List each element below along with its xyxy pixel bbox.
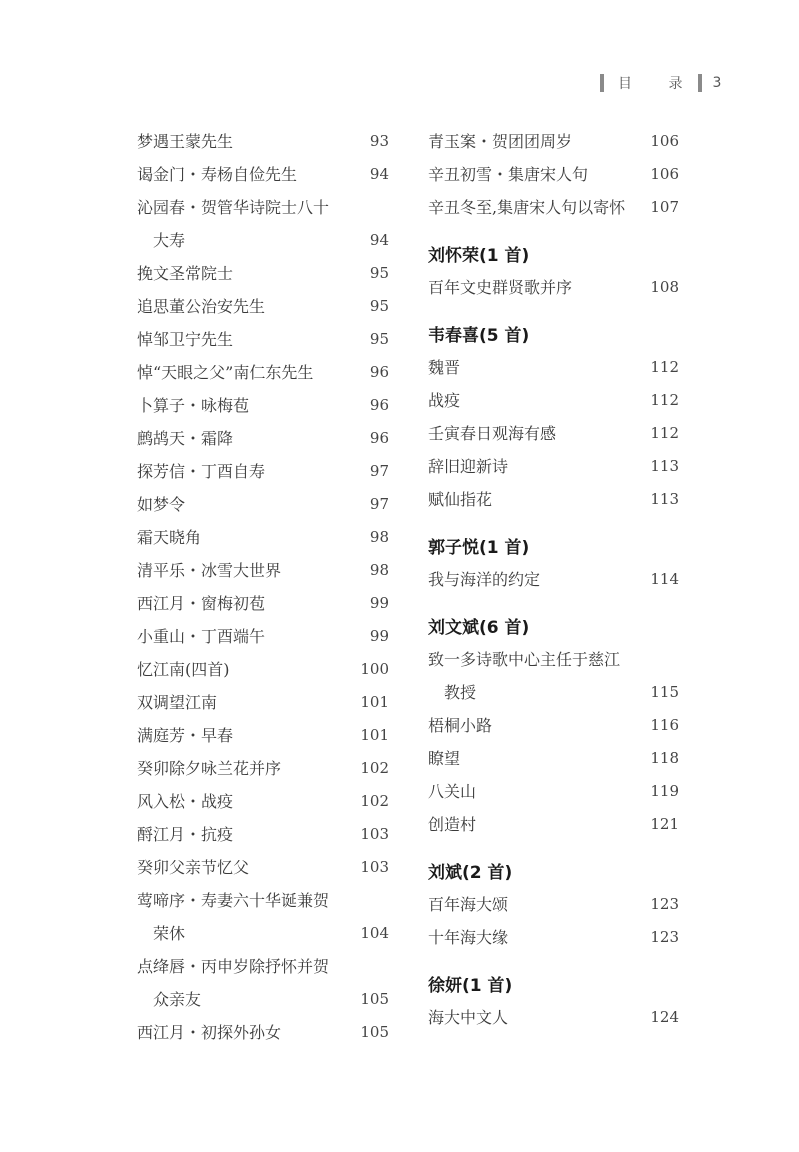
toc-entry[interactable]: 莺啼序・寿妻六十华诞兼贺000 bbox=[137, 883, 389, 916]
toc-entry-title: 点绛唇・丙申岁除抒怀并贺 bbox=[137, 954, 329, 977]
author-heading: 刘斌(2 首) bbox=[428, 854, 679, 887]
toc-entry-page: 96 bbox=[370, 396, 389, 414]
toc-entry-title: 辞旧迎新诗 bbox=[428, 454, 508, 477]
toc-entry-page: 119 bbox=[650, 782, 679, 800]
toc-left-column: 梦遇王蒙先生93谒金门・寿杨自俭先生94沁园春・贺管华诗院士八十000大寿94挽… bbox=[137, 124, 389, 1048]
toc-entry-page: 106 bbox=[650, 132, 679, 150]
toc-entry[interactable]: 沁园春・贺管华诗院士八十000 bbox=[137, 190, 389, 223]
toc-entry-page: 103 bbox=[360, 858, 389, 876]
toc-entry-title: 荣休 bbox=[153, 921, 185, 944]
toc-entry[interactable]: 点绛唇・丙申岁除抒怀并贺000 bbox=[137, 949, 389, 982]
toc-entry-page: 97 bbox=[370, 495, 389, 513]
toc-entry-title: 莺啼序・寿妻六十华诞兼贺 bbox=[137, 888, 329, 911]
toc-entry-page: 98 bbox=[370, 561, 389, 579]
toc-entry-title: 西江月・初探外孙女 bbox=[137, 1020, 281, 1043]
toc-entry-page: 107 bbox=[650, 198, 679, 216]
toc-entry-page: 104 bbox=[360, 924, 389, 942]
toc-entry-page: 124 bbox=[650, 1008, 679, 1026]
toc-entry-page: 98 bbox=[370, 528, 389, 546]
author-heading: 刘怀荣(1 首) bbox=[428, 237, 679, 270]
toc-entry-title: 辛丑初雪・集唐宋人句 bbox=[428, 162, 588, 185]
toc-entry-title: 悼“天眼之父”南仁东先生 bbox=[137, 360, 313, 383]
toc-entry-title: 魏晋 bbox=[428, 355, 460, 378]
toc-entry-page: 121 bbox=[650, 815, 679, 833]
toc-entry-title: 百年文史群贤歌并序 bbox=[428, 275, 572, 298]
toc-entry[interactable]: 谒金门・寿杨自俭先生94 bbox=[137, 157, 389, 190]
toc-entry-page: 99 bbox=[370, 594, 389, 612]
toc-entry-title: 青玉案・贺团团周岁 bbox=[428, 129, 572, 152]
toc-entry-title: 如梦令 bbox=[137, 492, 185, 515]
toc-entry-page: 106 bbox=[650, 165, 679, 183]
toc-entry-title: 癸卯父亲节忆父 bbox=[137, 855, 249, 878]
toc-entry[interactable]: 辞旧迎新诗113 bbox=[428, 449, 679, 482]
toc-right-column: 青玉案・贺团团周岁106辛丑初雪・集唐宋人句106辛丑冬至,集唐宋人句以寄怀10… bbox=[428, 124, 679, 1033]
toc-entry-page: 96 bbox=[370, 429, 389, 447]
toc-entry-title: 癸卯除夕咏兰花并序 bbox=[137, 756, 281, 779]
toc-entry-title: 酹江月・抗疫 bbox=[137, 822, 233, 845]
toc-entry[interactable]: 探芳信・丁酉自寿97 bbox=[137, 454, 389, 487]
toc-entry-page: 95 bbox=[370, 330, 389, 348]
toc-entry-title: 百年海大颂 bbox=[428, 892, 508, 915]
toc-entry-title: 辛丑冬至,集唐宋人句以寄怀 bbox=[428, 195, 625, 218]
toc-entry-page: 97 bbox=[370, 462, 389, 480]
author-heading: 韦春喜(5 首) bbox=[428, 317, 679, 350]
toc-entry-page: 95 bbox=[370, 297, 389, 315]
toc-entry-page: 118 bbox=[650, 749, 679, 767]
toc-entry-page: 123 bbox=[650, 928, 679, 946]
toc-entry-title: 瞭望 bbox=[428, 746, 460, 769]
toc-entry-title: 沁园春・贺管华诗院士八十 bbox=[137, 195, 329, 218]
toc-entry-title: 挽文圣常院士 bbox=[137, 261, 233, 284]
toc-entry-title: 清平乐・冰雪大世界 bbox=[137, 558, 281, 581]
toc-entry[interactable]: 八关山119 bbox=[428, 774, 679, 807]
toc-entry-page: 123 bbox=[650, 895, 679, 913]
toc-entry[interactable]: 荣休104 bbox=[137, 916, 389, 949]
toc-entry-title: 双调望江南 bbox=[137, 690, 217, 713]
toc-entry-page: 112 bbox=[650, 358, 679, 376]
toc-entry-title: 谒金门・寿杨自俭先生 bbox=[137, 162, 297, 185]
author-heading: 郭子悦(1 首) bbox=[428, 529, 679, 562]
toc-entry-title: 西江月・窗梅初苞 bbox=[137, 591, 265, 614]
toc-entry[interactable]: 酹江月・抗疫103 bbox=[137, 817, 389, 850]
toc-entry-page: 113 bbox=[650, 457, 679, 475]
page-number: 3 bbox=[712, 75, 721, 91]
divider-bar-right bbox=[698, 74, 702, 92]
divider-bar-left bbox=[600, 74, 604, 92]
toc-entry[interactable]: 瞭望118 bbox=[428, 741, 679, 774]
toc-entry[interactable]: 卜算子・咏梅苞96 bbox=[137, 388, 389, 421]
toc-entry-title: 探芳信・丁酉自寿 bbox=[137, 459, 265, 482]
toc-entry[interactable]: 百年文史群贤歌并序108 bbox=[428, 270, 679, 303]
toc-entry-page: 94 bbox=[370, 165, 389, 183]
toc-entry[interactable]: 悼邹卫宁先生95 bbox=[137, 322, 389, 355]
toc-entry-page: 99 bbox=[370, 627, 389, 645]
toc-entry[interactable]: 满庭芳・早春101 bbox=[137, 718, 389, 751]
toc-entry[interactable]: 致一多诗歌中心主任于慈江000 bbox=[428, 642, 679, 675]
toc-entry-title: 八关山 bbox=[428, 779, 476, 802]
toc-entry[interactable]: 辛丑冬至,集唐宋人句以寄怀107 bbox=[428, 190, 679, 223]
toc-entry-title: 教授 bbox=[444, 680, 476, 703]
toc-entry-title: 风入松・战疫 bbox=[137, 789, 233, 812]
toc-entry[interactable]: 霜天晓角98 bbox=[137, 520, 389, 553]
toc-entry-title: 战疫 bbox=[428, 388, 460, 411]
toc-entry-page: 112 bbox=[650, 391, 679, 409]
toc-entry[interactable]: 小重山・丁酉端午99 bbox=[137, 619, 389, 652]
toc-entry[interactable]: 双调望江南101 bbox=[137, 685, 389, 718]
toc-entry-page: 112 bbox=[650, 424, 679, 442]
toc-entry[interactable]: 如梦令97 bbox=[137, 487, 389, 520]
toc-entry-page: 96 bbox=[370, 363, 389, 381]
running-head: 目 录 3 bbox=[600, 72, 721, 94]
toc-entry-page: 95 bbox=[370, 264, 389, 282]
toc-entry-title: 大寿 bbox=[153, 228, 185, 251]
toc-entry[interactable]: 百年海大颂123 bbox=[428, 887, 679, 920]
toc-entry-page: 105 bbox=[360, 990, 389, 1008]
toc-entry-title: 梦遇王蒙先生 bbox=[137, 129, 233, 152]
toc-entry[interactable]: 教授115 bbox=[428, 675, 679, 708]
toc-entry[interactable]: 西江月・窗梅初苞99 bbox=[137, 586, 389, 619]
toc-entry-title: 我与海洋的约定 bbox=[428, 567, 540, 590]
toc-entry[interactable]: 众亲友105 bbox=[137, 982, 389, 1015]
toc-entry-page: 114 bbox=[650, 570, 679, 588]
toc-entry[interactable]: 癸卯父亲节忆父103 bbox=[137, 850, 389, 883]
toc-entry[interactable]: 大寿94 bbox=[137, 223, 389, 256]
toc-entry[interactable]: 梦遇王蒙先生93 bbox=[137, 124, 389, 157]
toc-entry-title: 追思董公治安先生 bbox=[137, 294, 265, 317]
toc-entry[interactable]: 忆江南(四首)100 bbox=[137, 652, 389, 685]
toc-entry[interactable]: 悼“天眼之父”南仁东先生96 bbox=[137, 355, 389, 388]
toc-entry-page: 115 bbox=[650, 683, 679, 701]
toc-entry[interactable]: 我与海洋的约定114 bbox=[428, 562, 679, 595]
toc-entry[interactable]: 挽文圣常院士95 bbox=[137, 256, 389, 289]
toc-entry-title: 霜天晓角 bbox=[137, 525, 201, 548]
toc-entry-page: 94 bbox=[370, 231, 389, 249]
toc-entry-title: 卜算子・咏梅苞 bbox=[137, 393, 249, 416]
toc-entry[interactable]: 十年海大缘123 bbox=[428, 920, 679, 953]
toc-entry[interactable]: 清平乐・冰雪大世界98 bbox=[137, 553, 389, 586]
toc-entry-page: 102 bbox=[360, 759, 389, 777]
toc-entry-title: 赋仙指花 bbox=[428, 487, 492, 510]
toc-entry-title: 海大中文人 bbox=[428, 1005, 508, 1028]
toc-entry[interactable]: 青玉案・贺团团周岁106 bbox=[428, 124, 679, 157]
toc-entry-page: 116 bbox=[650, 716, 679, 734]
toc-entry-page: 102 bbox=[360, 792, 389, 810]
toc-entry-title: 忆江南(四首) bbox=[137, 657, 230, 680]
toc-entry-page: 113 bbox=[650, 490, 679, 508]
toc-entry-title: 小重山・丁酉端午 bbox=[137, 624, 265, 647]
author-heading: 刘文斌(6 首) bbox=[428, 609, 679, 642]
toc-entry-title: 壬寅春日观海有感 bbox=[428, 421, 556, 444]
toc-entry[interactable]: 鹧鸪天・霜降96 bbox=[137, 421, 389, 454]
toc-entry-page: 103 bbox=[360, 825, 389, 843]
toc-entry-title: 鹧鸪天・霜降 bbox=[137, 426, 233, 449]
toc-entry[interactable]: 壬寅春日观海有感112 bbox=[428, 416, 679, 449]
toc-entry[interactable]: 西江月・初探外孙女105 bbox=[137, 1015, 389, 1048]
toc-entry-page: 108 bbox=[650, 278, 679, 296]
toc-entry-page: 101 bbox=[360, 693, 389, 711]
toc-entry[interactable]: 追思董公治安先生95 bbox=[137, 289, 389, 322]
author-heading: 徐妍(1 首) bbox=[428, 967, 679, 1000]
toc-entry-title: 十年海大缘 bbox=[428, 925, 508, 948]
section-title: 目 录 bbox=[618, 73, 698, 93]
toc-entry-title: 众亲友 bbox=[153, 987, 201, 1010]
toc-entry-title: 致一多诗歌中心主任于慈江 bbox=[428, 647, 620, 670]
toc-entry[interactable]: 海大中文人124 bbox=[428, 1000, 679, 1033]
toc-entry[interactable]: 战疫112 bbox=[428, 383, 679, 416]
toc-entry[interactable]: 风入松・战疫102 bbox=[137, 784, 389, 817]
toc-entry-page: 93 bbox=[370, 132, 389, 150]
toc-entry[interactable]: 赋仙指花113 bbox=[428, 482, 679, 515]
toc-entry-title: 满庭芳・早春 bbox=[137, 723, 233, 746]
toc-entry-title: 梧桐小路 bbox=[428, 713, 492, 736]
toc-entry[interactable]: 创造村121 bbox=[428, 807, 679, 840]
toc-entry-title: 悼邹卫宁先生 bbox=[137, 327, 233, 350]
toc-entry-title: 创造村 bbox=[428, 812, 476, 835]
toc-entry[interactable]: 癸卯除夕咏兰花并序102 bbox=[137, 751, 389, 784]
toc-entry[interactable]: 魏晋112 bbox=[428, 350, 679, 383]
toc-entry[interactable]: 梧桐小路116 bbox=[428, 708, 679, 741]
toc-entry-page: 105 bbox=[360, 1023, 389, 1041]
toc-entry-page: 100 bbox=[360, 660, 389, 678]
toc-entry[interactable]: 辛丑初雪・集唐宋人句106 bbox=[428, 157, 679, 190]
toc-entry-page: 101 bbox=[360, 726, 389, 744]
